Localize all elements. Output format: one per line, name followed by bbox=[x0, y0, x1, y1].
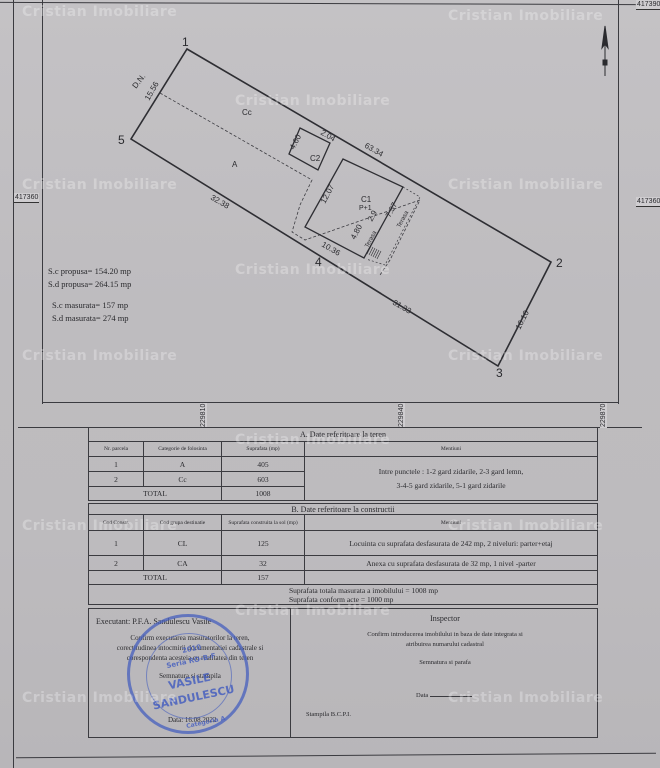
watermark: Cristian Imobiliare bbox=[22, 177, 177, 193]
svg-text:C1: C1 bbox=[361, 195, 372, 204]
svg-text:15.56: 15.56 bbox=[143, 80, 161, 102]
svg-text:3: 3 bbox=[496, 366, 503, 380]
surface-totals: Suprafata totala masurata a imobilului =… bbox=[89, 585, 598, 605]
land-remarks: Intre punctele : 1-2 gard zidarile, 2-3 … bbox=[305, 457, 598, 501]
table-row: 1 A 405 Intre punctele : 1-2 gard zidari… bbox=[89, 457, 598, 472]
watermark: Cristian Imobiliare bbox=[235, 93, 390, 109]
watermark: Cristian Imobiliare bbox=[448, 690, 603, 706]
divider bbox=[290, 608, 291, 738]
watermark: Cristian Imobiliare bbox=[235, 432, 390, 448]
watermark: Cristian Imobiliare bbox=[22, 4, 177, 20]
svg-text:4.80: 4.80 bbox=[349, 222, 365, 240]
svg-text:31.33: 31.33 bbox=[391, 298, 413, 316]
table-row: 1 CL 125 Locuinta cu suprafata desfasura… bbox=[89, 531, 598, 556]
inspector-confirmation: Confirm introducerea imobilului in baza … bbox=[292, 630, 598, 668]
svg-text:1: 1 bbox=[182, 35, 189, 49]
svg-text:32.38: 32.38 bbox=[209, 193, 231, 211]
svg-text:Terasa: Terasa bbox=[364, 230, 378, 249]
svg-text:63.34: 63.34 bbox=[363, 141, 385, 159]
north-arrow-icon bbox=[602, 26, 608, 76]
watermark: Cristian Imobiliare bbox=[235, 603, 390, 619]
section-b-title: B. Date referitoare la constructii bbox=[89, 504, 598, 515]
svg-text:16.10: 16.10 bbox=[514, 308, 531, 330]
svg-text:7.37: 7.37 bbox=[384, 200, 400, 218]
svg-text:5: 5 bbox=[118, 133, 125, 147]
watermark: Cristian Imobiliare bbox=[448, 177, 603, 193]
sc-propusa: S.c propusa= 154.20 mp bbox=[48, 265, 131, 278]
bcpi-stamp-label: Stampila B.C.P.I. bbox=[306, 711, 351, 718]
sd-masurata: S.d masurata= 274 mp bbox=[48, 312, 131, 325]
watermark: Cristian Imobiliare bbox=[448, 348, 603, 364]
svg-text:D.N.: D.N. bbox=[130, 72, 147, 90]
sc-masurata: S.c masurata= 157 mp bbox=[48, 299, 131, 312]
watermark: Cristian Imobiliare bbox=[22, 690, 177, 706]
svg-text:10.36: 10.36 bbox=[320, 240, 342, 258]
surface-notes: S.c propusa= 154.20 mp S.d propusa= 264.… bbox=[48, 265, 131, 325]
watermark: Cristian Imobiliare bbox=[235, 262, 390, 278]
svg-text:2: 2 bbox=[556, 256, 563, 270]
watermark: Cristian Imobiliare bbox=[22, 518, 177, 534]
total-row: TOTAL 157 bbox=[89, 571, 598, 585]
svg-text:4.60: 4.60 bbox=[288, 132, 304, 150]
cadastral-document: 417360 417390 417360 229810 229840 22987… bbox=[0, 0, 660, 768]
watermark: Cristian Imobiliare bbox=[22, 348, 177, 364]
svg-text:A: A bbox=[232, 160, 238, 169]
watermark: Cristian Imobiliare bbox=[448, 518, 603, 534]
svg-text:Cc: Cc bbox=[242, 108, 252, 117]
watermark: Cristian Imobiliare bbox=[448, 8, 603, 24]
sd-propusa: S.d propusa= 264.15 mp bbox=[48, 278, 131, 291]
svg-text:C2: C2 bbox=[310, 154, 321, 163]
table-row: 2 CA 32 Anexa cu suprafata desfasurata d… bbox=[89, 556, 598, 571]
page-edge bbox=[16, 753, 656, 758]
official-stamp: Seria RO-B-F 2010 VASILE SANDULESCU Cate… bbox=[127, 614, 249, 734]
svg-text:12.07: 12.07 bbox=[319, 183, 337, 205]
svg-text:P+1: P+1 bbox=[359, 205, 372, 212]
